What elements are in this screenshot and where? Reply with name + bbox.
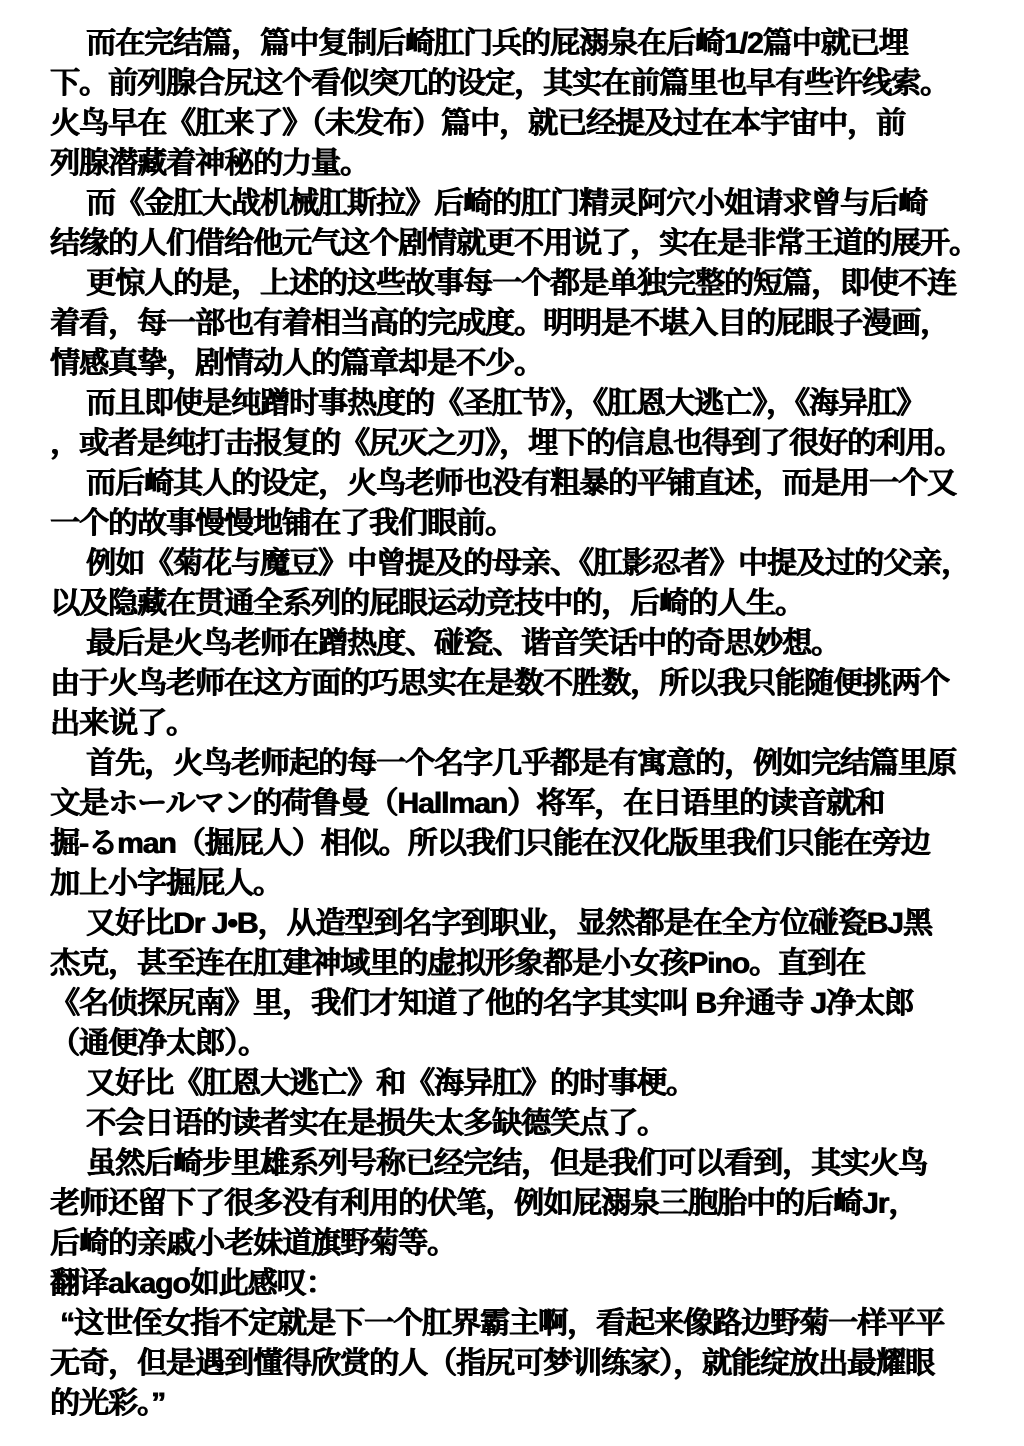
paragraph-4: 而且即使是纯蹭时事热度的《圣肛节》，《肛恩大逃亡》，《海异肛》 ，或者是纯打击报… [50, 384, 994, 464]
paragraph-12: 虽然后崎步里雄系列号称已经完结，但是我们可以看到，其实火鸟 老师还留下了很多没有… [50, 1144, 994, 1264]
afterword-text: 而在完结篇，篇中复制后崎肛门兵的屁溺泉在后崎1/2篇中就已埋 下。前列腺合尻这个… [50, 24, 994, 1424]
paragraph-6: 例如《菊花与魔豆》中曾提及的母亲、《肛影忍者》中提及过的父亲， 以及隐藏在贯通全… [50, 544, 994, 624]
paragraph-9: 又好比Dr J•B，从造型到名字到职业，显然都是在全方位碰瓷BJ黑 杰克，甚至连… [50, 904, 994, 1064]
paragraph-7: 最后是火鸟老师在蹭热度、碰瓷、谐音笑话中的奇思妙想。 由于火鸟老师在这方面的巧思… [50, 624, 994, 744]
paragraph-13: 翻译akago如此感叹： [50, 1264, 994, 1304]
document-page: 而在完结篇，篇中复制后崎肛门兵的屁溺泉在后崎1/2篇中就已埋 下。前列腺合尻这个… [0, 0, 1024, 1446]
paragraph-14: “这世侄女指不定就是下一个肛界霸主啊，看起来像路边野菊一样平平 无奇，但是遇到懂… [50, 1304, 994, 1424]
paragraph-11: 不会日语的读者实在是损失太多缺德笑点了。 [50, 1104, 994, 1144]
paragraph-8: 首先，火鸟老师起的每一个名字几乎都是有寓意的，例如完结篇里原 文是ホールマン的荷… [50, 744, 994, 904]
paragraph-2: 而《金肛大战机械肛斯拉》后崎的肛门精灵阿穴小姐请求曾与后崎 结缘的人们借给他元气… [50, 184, 994, 264]
paragraph-5: 而后崎其人的设定，火鸟老师也没有粗暴的平铺直述，而是用一个又 一个的故事慢慢地铺… [50, 464, 994, 544]
paragraph-1: 而在完结篇，篇中复制后崎肛门兵的屁溺泉在后崎1/2篇中就已埋 下。前列腺合尻这个… [50, 24, 994, 184]
paragraph-10: 又好比《肛恩大逃亡》和《海异肛》的时事梗。 [50, 1064, 994, 1104]
paragraph-3: 更惊人的是，上述的这些故事每一个都是单独完整的短篇，即使不连 着看，每一部也有着… [50, 264, 994, 384]
